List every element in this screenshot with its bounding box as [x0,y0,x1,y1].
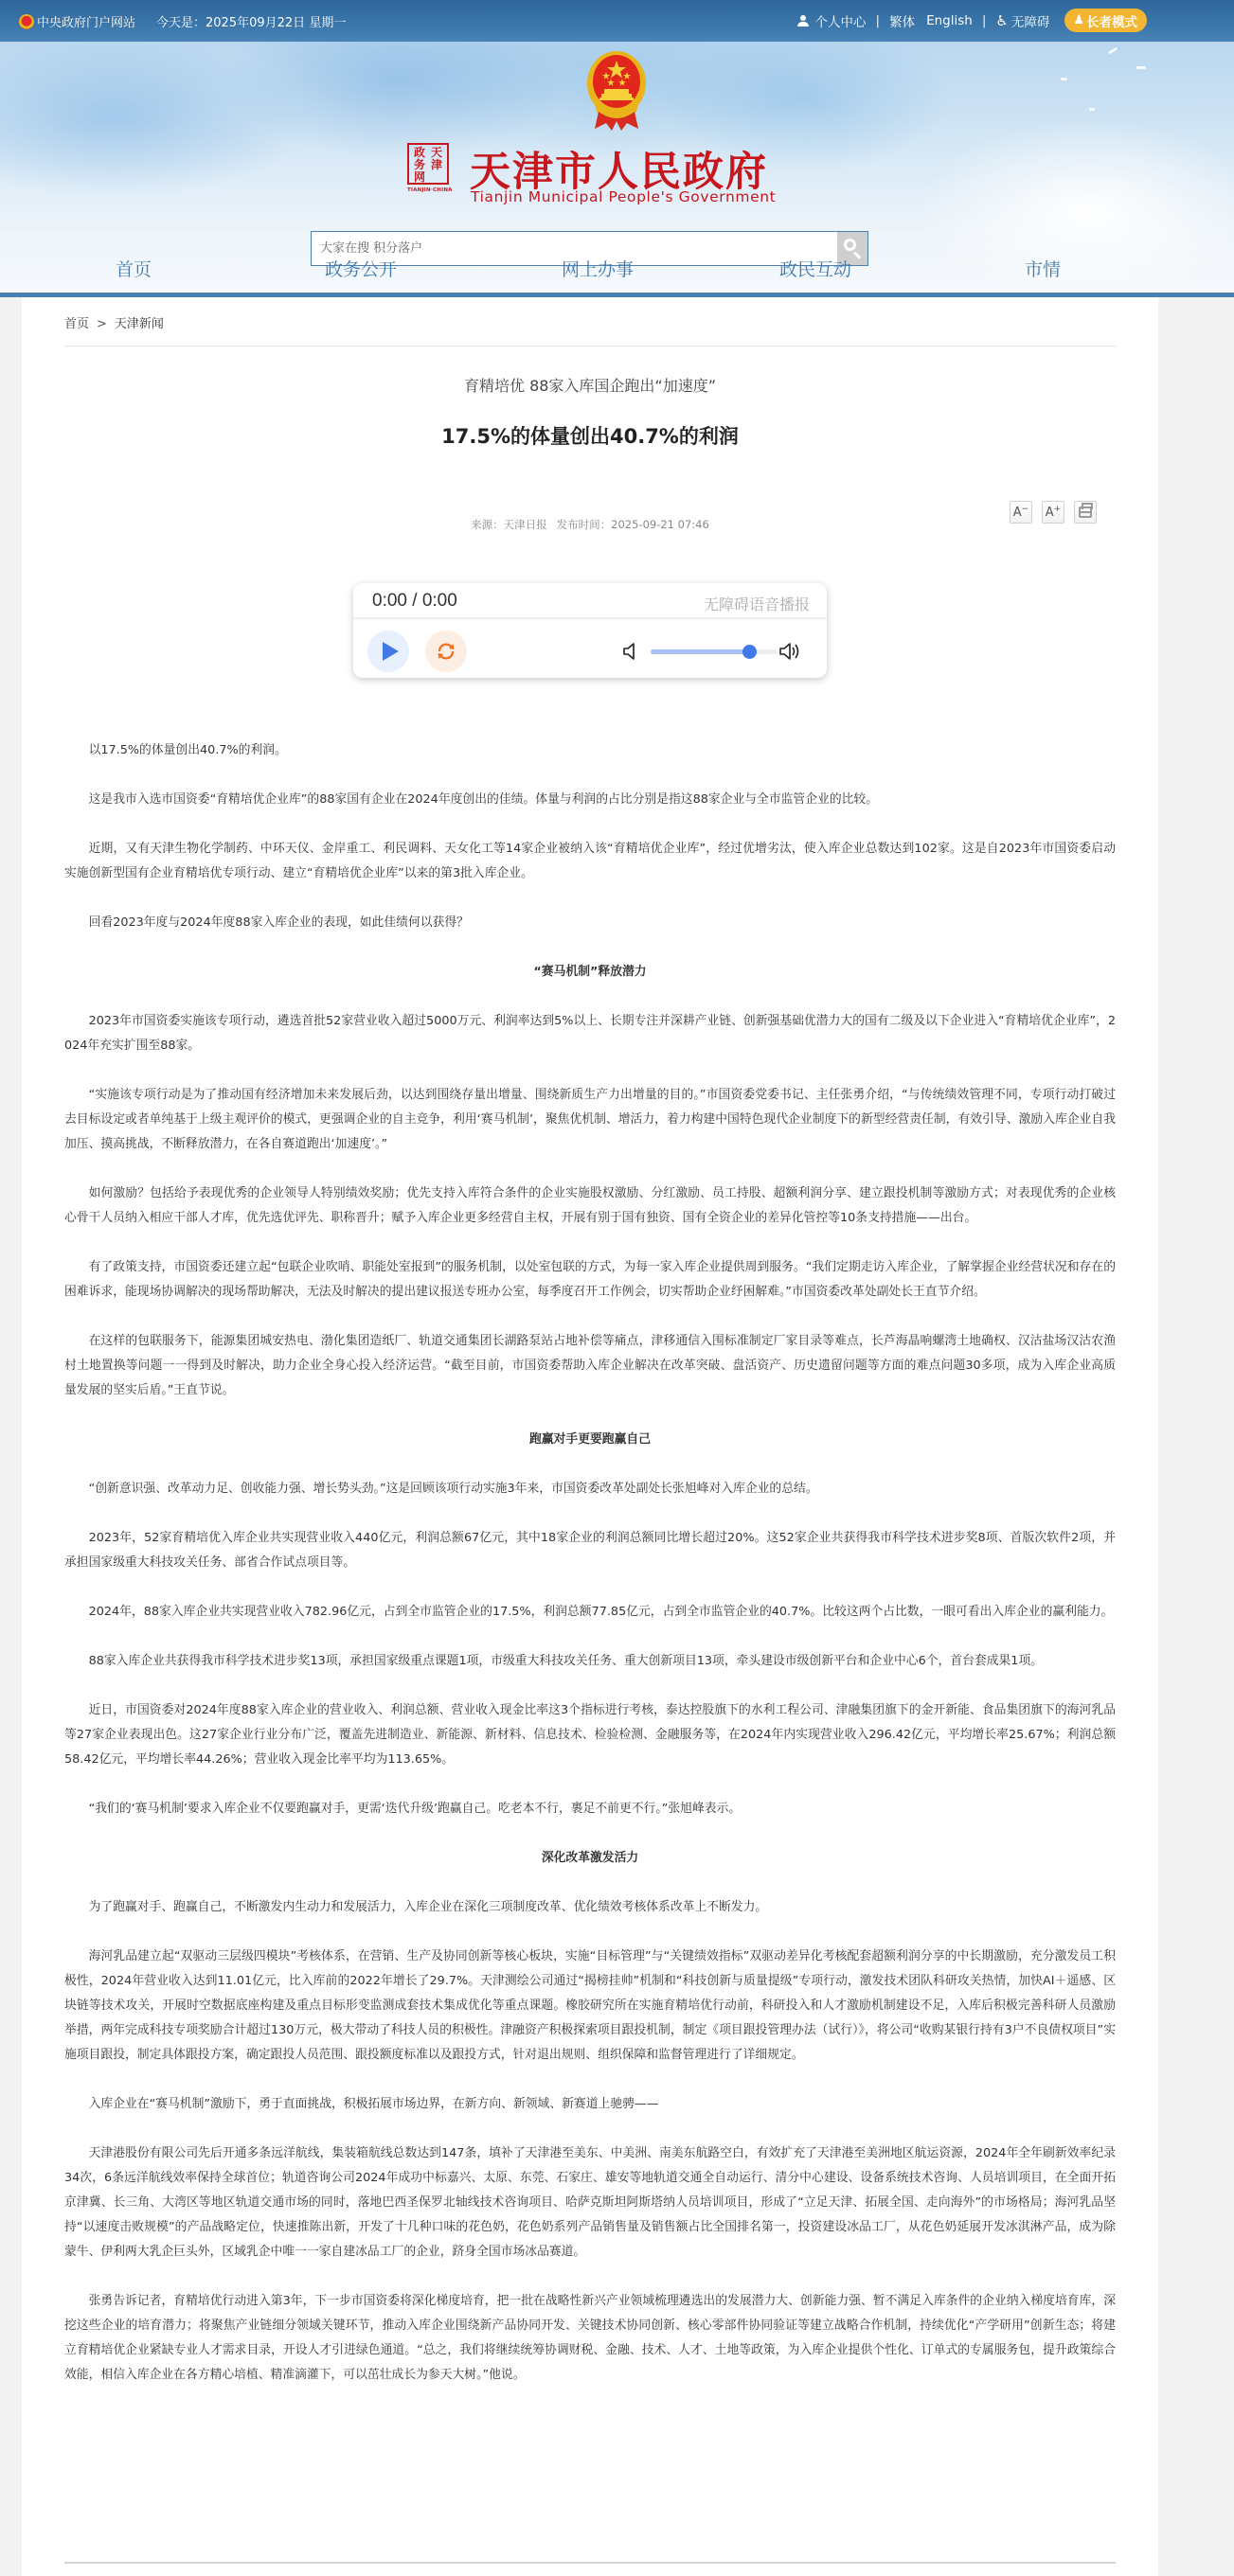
elder-mode-label: 长者模式 [1086,11,1137,30]
tianjin-seal-logo: 政 天 务 津 网 TIANJIN·CHINA [407,143,449,196]
breadcrumb-tianjin-news[interactable]: 天津新闻 [115,317,164,331]
current-date: 今天是：2025年09月22日 星期一 [156,12,346,30]
user-icon [797,15,809,27]
volume-slider[interactable] [651,649,778,654]
english-link[interactable]: English [926,13,973,28]
article-paragraph: “创新意识强、改革动力足、创收能力强、增长势头劲。”这是回顾该项行动实施3年来，… [64,1477,1116,1501]
nav-item-online-services[interactable]: 网上办事 [562,256,634,281]
font-larger-button[interactable]: A+ [1042,501,1064,524]
article-section-heading: 深化改革激发活力 [64,1846,1116,1871]
article-paragraph: 在这样的包联服务下，能源集团城安热电、渤化集团造纸厂、轨道交通集团长湖路泵站占地… [64,1329,1116,1403]
article-paragraph: 如何激励？包括给予表现优秀的企业领导人特别绩效奖励；优先支持入库符合条件的企业实… [64,1181,1116,1231]
volume-high-icon[interactable] [778,642,802,661]
article-paragraph: 张勇告诉记者，育精培优行动进入第3年，下一步市国资委将深化梯度培育，把一批在战略… [64,2289,1116,2388]
user-center-link[interactable]: 个人中心 [815,11,867,30]
audio-time: 0:00 / 0:00 [372,591,457,612]
elder-mode-button[interactable]: ♟ 长者模式 [1064,9,1147,32]
audio-player: 0:00 / 0:00 无障碍语音播报 [353,583,827,678]
divider [64,346,1116,346]
article-section-heading: “赛马机制”释放潜力 [64,960,1116,985]
article-paragraph: “我们的‘赛马机制’要求入库企业不仅要跑赢对手，更需‘迭代升级’跑赢自己。吃老本… [64,1797,1116,1821]
national-emblem-icon [19,14,34,29]
article-section-heading: 跑赢对手更要跑赢自己 [64,1428,1116,1452]
article-paragraph: 88家入库企业共获得我市科学技术进步奖13项，承担国家级重点课题1项，市级重大科… [64,1649,1116,1674]
article-subtitle: 育精培优 88家入库国企跑出“加速度” [22,374,1158,396]
nav-item-gov-affairs[interactable]: 政务公开 [325,256,397,281]
article-publish-time: 发布时间：2025-09-21 07:46 [557,518,709,531]
national-emblem-icon [585,49,648,134]
article-paragraph: 近期，又有天津生物化学制药、中环天仪、金岸重工、利民调料、天女化工等14家企业被… [64,837,1116,886]
divider: | [982,13,987,28]
font-smaller-icon: A [1013,506,1022,520]
breadcrumb-home[interactable]: 首页 [64,317,89,331]
article-title: 17.5%的体量创出40.7%的利润 [22,421,1158,450]
article-paragraph: 2024年，88家入库企业共实现营业收入782.96亿元，占到全市监管企业的17… [64,1600,1116,1625]
nav-item-interaction[interactable]: 政民互动 [779,256,851,281]
print-button[interactable] [1074,501,1097,524]
loop-icon [436,641,456,662]
article-paragraph: 以17.5%的体量创出40.7%的利润。 [64,738,1116,763]
play-button[interactable] [367,631,409,672]
article-paragraph: “实施该专项行动是为了推动国有经济增加未来发展后劲，以达到围绕存量出增量、围绕新… [64,1083,1116,1157]
volume-low-icon[interactable] [621,642,640,661]
font-smaller-button[interactable]: A− [1010,501,1032,524]
bird-decoration [1089,108,1095,111]
traditional-chinese-link[interactable]: 繁体 [889,11,915,30]
wheelchair-icon: ♿ [995,12,1008,29]
search-icon [844,239,856,251]
font-larger-icon: A [1046,506,1054,520]
elder-person-icon: ♟ [1073,13,1084,27]
article-paragraph: 天津港股份有限公司先后开通多条远洋航线，集装箱航线总数达到147条，填补了天津港… [64,2141,1116,2265]
article-source: 来源：天津日报 [471,518,547,531]
breadcrumb: 首页>天津新闻 [64,313,164,331]
content-panel: 首页>天津新闻 育精培优 88家入库国企跑出“加速度” 17.5%的体量创出40… [22,297,1158,2576]
bird-decoration [1136,66,1146,69]
article-paragraph: 近日，市国资委对2024年度88家入库企业的营业收入、利润总额、营业收入现金比率… [64,1698,1116,1772]
central-gov-portal-link[interactable]: 中央政府门户网站 [37,12,135,30]
article-body: 以17.5%的体量创出40.7%的利润。这是我市入选市国资委“育精培优企业库”的… [64,738,1116,2412]
audio-player-label: 无障碍语音播报 [704,593,810,614]
top-bar: 中央政府门户网站 今天是：2025年09月22日 星期一 个人中心 | 繁体 E… [0,0,1234,42]
main-nav: 首页 政务公开 网上办事 政民互动 市情 [0,256,1234,293]
nav-item-city-info[interactable]: 市情 [1025,256,1061,281]
divider [353,617,827,619]
seal-english: TIANJIN·CHINA [407,187,449,193]
bird-decoration [1061,78,1067,80]
article-paragraph: 这是我市入选市国资委“育精培优企业库”的88家国有企业在2024年度创出的佳绩。… [64,788,1116,812]
article-paragraph: 为了跑赢对手、跑赢自己，不断激发内生动力和发展活力，入库企业在深化三项制度改革、… [64,1895,1116,1920]
volume-slider-handle[interactable] [742,645,757,659]
volume-slider-fill [651,649,749,654]
article-meta: 来源：天津日报发布时间：2025-09-21 07:46 [22,517,1158,532]
site-title-english: Tianjin Municipal People's Government [471,188,776,205]
printer-icon [1079,506,1092,518]
article-paragraph: 入库企业在“赛马机制”激励下，勇于直面挑战，积极拓展市场边界，在新方向、新领域、… [64,2092,1116,2117]
top-bar-left: 中央政府门户网站 今天是：2025年09月22日 星期一 [19,12,346,30]
loop-button[interactable] [425,631,467,672]
divider: | [876,13,881,28]
article-paragraph: 2023年，52家育精培优入库企业共实现营业收入440亿元，利润总额67亿元，其… [64,1526,1116,1575]
breadcrumb-separator: > [97,317,107,331]
article-paragraph: 有了政策支持，市国资委还建立起“包联企业吹哨、职能处室报到”的服务机制，以处室包… [64,1255,1116,1305]
nav-item-home[interactable]: 首页 [116,256,152,281]
article-paragraph: 回看2023年度与2024年度88家入库企业的表现，如此佳绩何以获得？ [64,911,1116,935]
top-bar-right: 个人中心 | 繁体 English | ♿ 无障碍 ♟ 长者模式 [797,9,1147,32]
divider [64,2562,1116,2564]
article-tools: A− A+ [1010,501,1106,524]
article-paragraph: 2023年市国资委实施该专项行动，遴选首批52家营业收入超过5000万元、利润率… [64,1009,1116,1058]
accessibility-link[interactable]: 无障碍 [1011,11,1050,30]
article-paragraph: 海河乳品建立起“双驱动三层级四模块”考核体系，在营销、生产及协同创新等核心板块，… [64,1945,1116,2068]
bird-decoration [1108,47,1118,55]
